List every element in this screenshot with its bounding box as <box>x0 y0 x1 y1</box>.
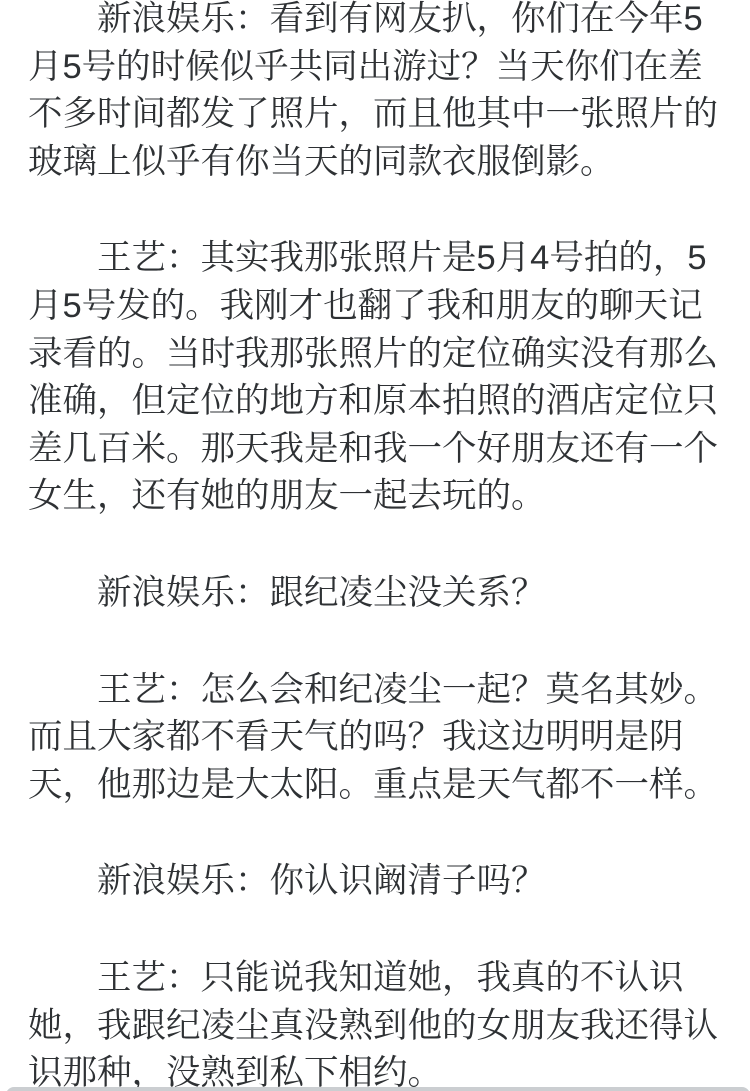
paragraph-answer-1: 王艺：其实我那张照片是5月4号拍的，5月5号发的。我刚才也翻了我和朋友的聊天记录… <box>28 235 720 521</box>
paragraph-question-1: 新浪娱乐：看到有网友扒，你们在今年5月5号的时候似乎共同出游过？当天你们在差不多… <box>28 0 720 186</box>
article-screenshot: { "page": { "background_color": "#ffffff… <box>0 0 750 1091</box>
paragraph-answer-3: 王艺：只能说我知道她，我真的不认识她，我跟纪凌尘真没熟到他的女朋友我还得认识那种… <box>28 955 720 1091</box>
next-content-top-edge <box>6 1087 750 1091</box>
paragraph-answer-2: 王艺：怎么会和纪凌尘一起？莫名其妙。而且大家都不看天气的吗？我这边明明是阴天，他… <box>28 667 720 810</box>
paragraph-question-3: 新浪娱乐：你认识阚清子吗？ <box>28 858 720 906</box>
paragraph-question-2: 新浪娱乐：跟纪凌尘没关系？ <box>28 570 720 618</box>
interview-transcript: 新浪娱乐：看到有网友扒，你们在今年5月5号的时候似乎共同出游过？当天你们在差不多… <box>0 0 750 1091</box>
